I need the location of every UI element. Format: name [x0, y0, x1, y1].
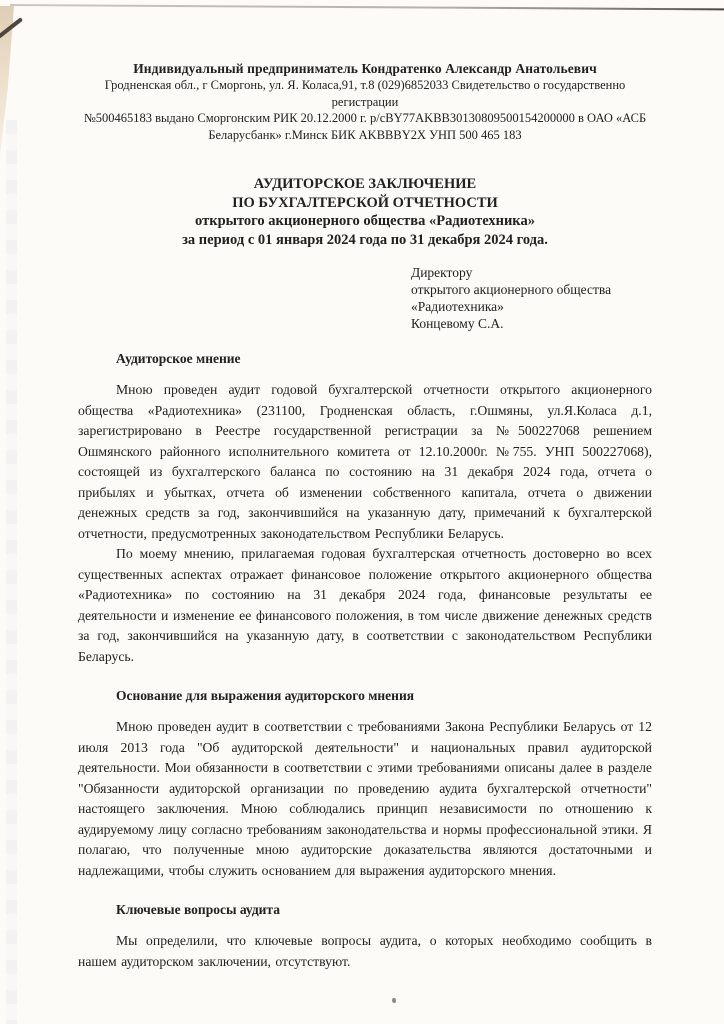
- scanned-audit-report-page: Индивидуальный предприниматель Кондратен…: [0, 0, 724, 1024]
- document-content: Индивидуальный предприниматель Кондратен…: [0, 0, 724, 972]
- section-key-audit-matters: Ключевые вопросы аудита Мы определили, ч…: [78, 902, 652, 972]
- paragraph: Мы определили, что ключевые вопросы ауди…: [78, 931, 652, 972]
- section-heading-basis-for-opinion: Основание для выражения аудиторского мне…: [116, 688, 652, 704]
- title-line-4: за период с 01 января 2024 года по 31 де…: [78, 231, 652, 250]
- entrepreneur-name: Индивидуальный предприниматель Кондратен…: [78, 60, 652, 77]
- entrepreneur-details-line: Беларусбанк» г.Минск БИК AKBBBY2X УНП 50…: [78, 127, 652, 144]
- addressee-line: Директору: [411, 264, 652, 281]
- section-audit-opinion: Аудиторское мнение Мною проведен аудит г…: [78, 351, 652, 667]
- addressee-line: открытого акционерного общества: [411, 281, 652, 298]
- paragraph: Мною проведен аудит в соответствии с тре…: [78, 717, 652, 881]
- entrepreneur-details: Гродненская обл., г Сморгонь, ул. Я. Кол…: [78, 77, 652, 143]
- paragraph: Мною проведен аудит годовой бухгалтерско…: [78, 380, 652, 544]
- addressee-block: Директору открытого акционерного обществ…: [411, 264, 652, 332]
- scan-speck: [392, 998, 396, 1003]
- entrepreneur-details-line: Гродненская обл., г Сморгонь, ул. Я. Кол…: [78, 77, 652, 110]
- paragraph: По моему мнению, прилагаемая годовая бух…: [78, 544, 652, 667]
- title-line-1: АУДИТОРСКОЕ ЗАКЛЮЧЕНИЕ: [78, 175, 652, 194]
- section-heading-audit-opinion: Аудиторское мнение: [116, 351, 652, 367]
- title-line-2: ПО БУХГАЛТЕРСКОЙ ОТЧЕТНОСТИ: [78, 194, 652, 213]
- addressee-line: «Радиотехника»: [411, 298, 652, 315]
- title-line-3: открытого акционерного общества «Радиоте…: [78, 212, 652, 231]
- document-title: АУДИТОРСКОЕ ЗАКЛЮЧЕНИЕ ПО БУХГАЛТЕРСКОЙ …: [78, 175, 652, 249]
- entrepreneur-details-line: №500465183 выдано Сморгонским РИК 20.12.…: [78, 110, 652, 127]
- addressee-line: Концевому С.А.: [411, 315, 652, 332]
- section-basis-for-opinion: Основание для выражения аудиторского мне…: [78, 688, 652, 881]
- section-heading-key-audit-matters: Ключевые вопросы аудита: [116, 902, 652, 918]
